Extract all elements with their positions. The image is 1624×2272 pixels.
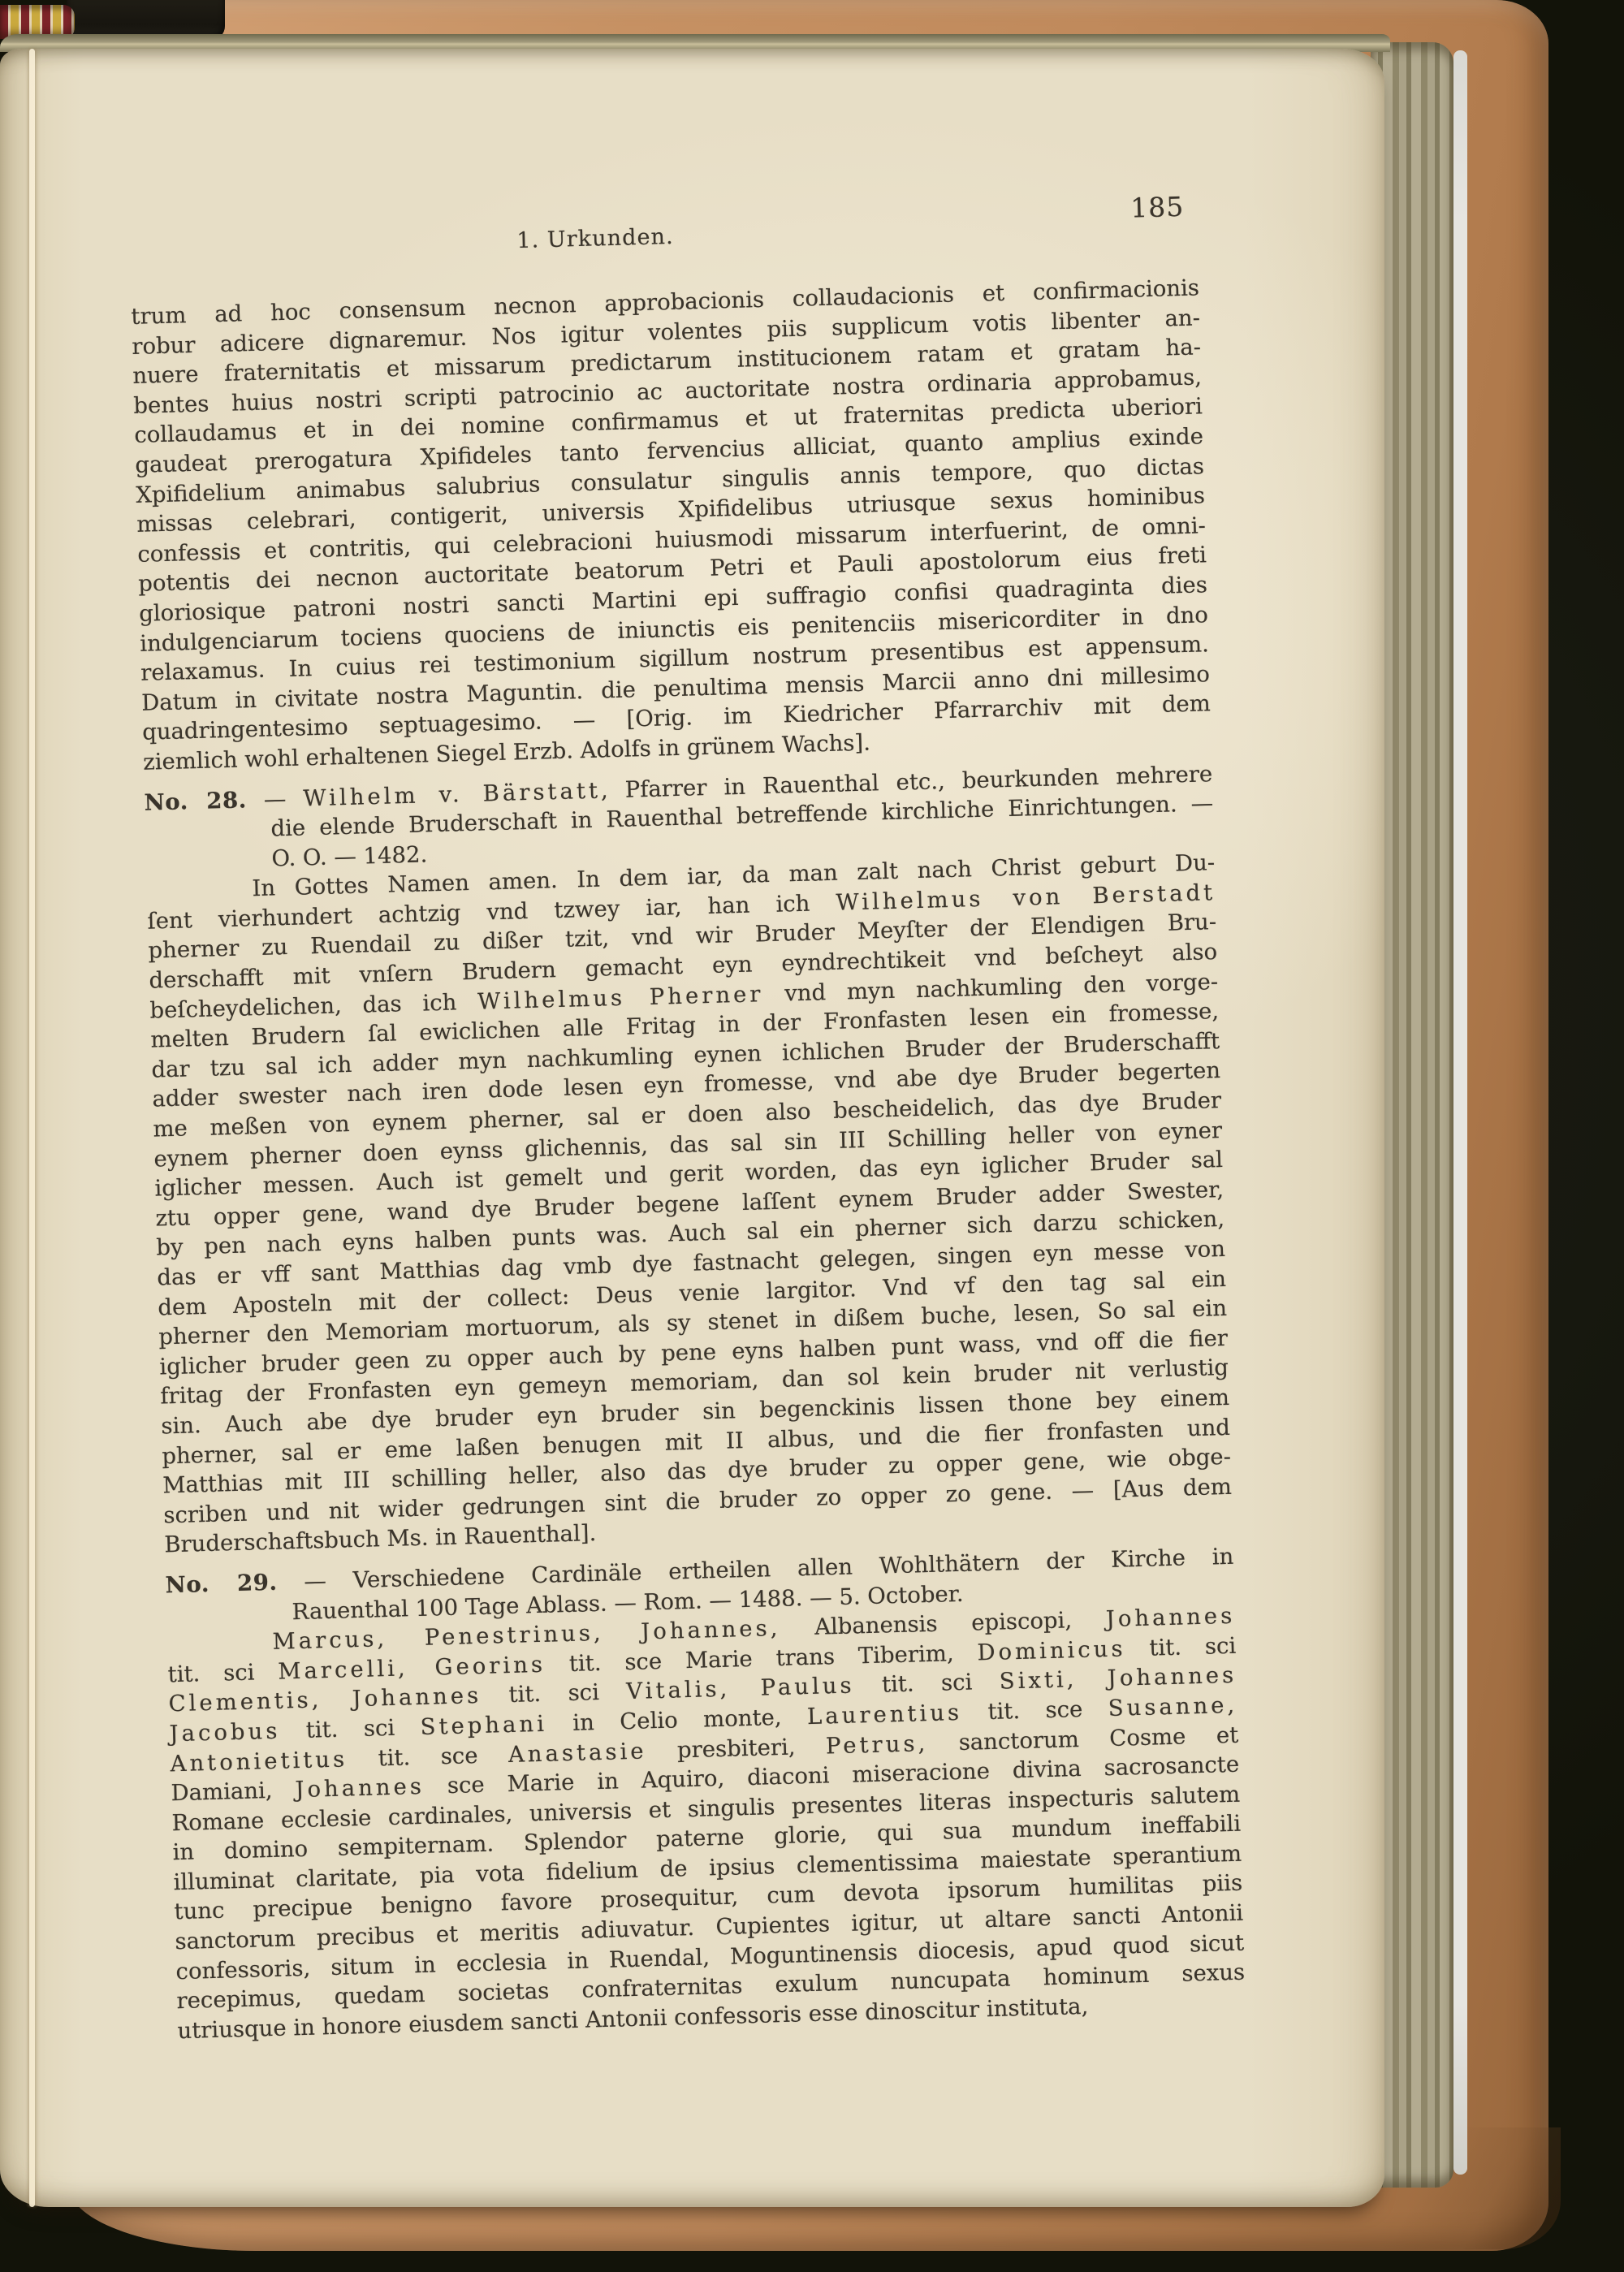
text-segment: Damiani, [171, 1777, 296, 1806]
page-header: 1. Urkunden. 185 [128, 187, 1198, 270]
text-segment: No. 29. [165, 1570, 278, 1599]
printed-text-block: 1. Urkunden. 185 trum ad hoc consensum n… [128, 187, 1246, 2045]
letterspaced-name: Johannes [1105, 1603, 1235, 1632]
letterspaced-name: Johannes [295, 1773, 425, 1803]
letterspaced-name: Jacobus [169, 1718, 281, 1747]
continuation-paragraph: trum ad hoc consensum necnon approbacion… [131, 273, 1212, 777]
entry-28-body: In Gottes Namen amen. In dem iar, da man… [146, 848, 1233, 1560]
text-segment: in Celio monte, [546, 1704, 807, 1737]
loose-sheet-edge [1453, 50, 1467, 2175]
photograph-background: 1. Urkunden. 185 trum ad hoc consensum n… [0, 0, 1624, 2272]
letterspaced-name: Susanne, [1108, 1692, 1237, 1721]
text-column: trum ad hoc consensum necnon approbacion… [131, 273, 1246, 2045]
text-segment: tit. sci [482, 1678, 627, 1708]
letterspaced-name: Marcelli, Georins [278, 1651, 546, 1684]
letterspaced-name: Vitalis, Paulus [626, 1673, 855, 1705]
text-segment: tit. sci [280, 1714, 421, 1744]
letterspaced-name: Stephani [420, 1711, 547, 1740]
text-segment: presbiteri, [646, 1733, 826, 1764]
text-segment: tit. sce [348, 1742, 509, 1772]
text-segment: tit. sce [962, 1695, 1109, 1726]
letterspaced-name: Antonietitus [170, 1746, 348, 1777]
letterspaced-name: Anastasie [508, 1738, 647, 1768]
text-segment: No. 28. [144, 787, 247, 815]
letterspaced-name: Petrus, [826, 1730, 929, 1759]
running-title: 1. Urkunden. [516, 222, 674, 257]
text-segment: — [246, 785, 304, 813]
text-segment: O. O. — 1482. [271, 841, 428, 871]
letterspaced-name: Laurentius [807, 1700, 963, 1730]
letterspaced-name: Dominicus [977, 1635, 1126, 1665]
page-number: 185 [1130, 192, 1185, 223]
text-segment: tit. sci [167, 1658, 279, 1687]
page-crease [29, 49, 35, 2207]
entry-29-body: Marcus, Penestrinus, Johannes, Albanensi… [166, 1601, 1246, 2046]
text-segment: tit. sci [1125, 1632, 1237, 1661]
text-segment: tit. sci [854, 1669, 1000, 1699]
letterspaced-name: Sixti, Johannes [999, 1662, 1237, 1695]
book-page: 1. Urkunden. 185 trum ad hoc consensum n… [0, 49, 1384, 2207]
